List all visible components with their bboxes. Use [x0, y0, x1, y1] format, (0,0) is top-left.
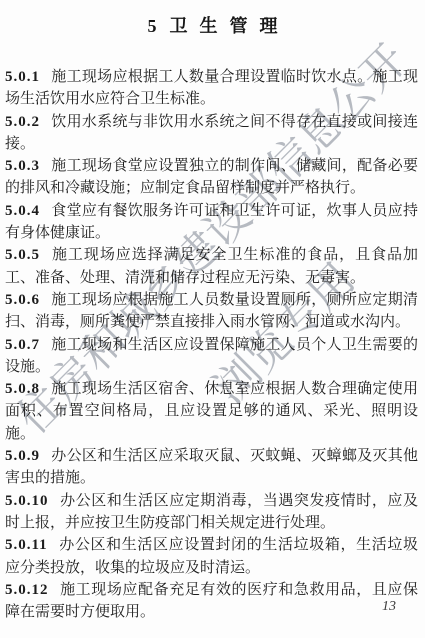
clause-text: 饮用水系统与非饮用水系统之间不得存在直接或间接连接。 [5, 114, 418, 152]
clause-text: 施工现场应配备充足有效的医疗和急救用品，且应保障在需要时方便取用。 [5, 582, 418, 620]
page-number: 13 [382, 599, 396, 615]
clause-text: 施工现场应根据施工人员数量设置厕所，厕所应定期清扫、消毒，厕所粪便严禁直接排入雨… [5, 292, 418, 330]
chapter-title-text: 卫生管理 [170, 16, 290, 36]
clause-paragraph: 5.0.7施工现场和生活区应设置保障施工人员个人卫生需要的设施。 [5, 334, 418, 379]
clause-text: 施工现场生活区宿舍、休息室应根据人数合理确定使用面积、布置空间格局，且应设置足够… [5, 381, 418, 442]
clause-paragraph: 5.0.5施工现场应选择满足安全卫生标准的食品，且食品加工、准备、处理、清洗和储… [5, 244, 418, 289]
clause-text: 施工现场和生活区应设置保障施工人员个人卫生需要的设施。 [5, 337, 418, 375]
clause-number: 5.0.8 [5, 381, 40, 397]
clause-paragraph: 5.0.11办公区和生活区应设置封闭的生活垃圾箱，生活垃圾应分类投放，收集的垃圾… [5, 534, 418, 579]
clause-number: 5.0.5 [5, 247, 40, 263]
clause-number: 5.0.7 [5, 337, 40, 353]
chapter-title: 5卫生管理 [0, 13, 425, 39]
clause-number: 5.0.3 [5, 158, 40, 174]
clause-paragraph: 5.0.12施工现场应配备充足有效的医疗和急救用品，且应保障在需要时方便取用。 [5, 579, 418, 624]
clause-paragraph: 5.0.8施工现场生活区宿舍、休息室应根据人数合理确定使用面积、布置空间格局，且… [5, 378, 418, 445]
clause-paragraph: 5.0.6施工现场应根据施工人员数量设置厕所，厕所应定期清扫、消毒，厕所粪便严禁… [5, 289, 418, 334]
clause-text: 施工现场应选择满足安全卫生标准的食品，且食品加工、准备、处理、清洗和储存过程应无… [5, 247, 418, 285]
clause-text: 办公区和生活区应定期消毒，当遇突发疫情时，应及时上报，并应按卫生防疫部门相关规定… [5, 493, 418, 531]
clause-number: 5.0.10 [5, 493, 49, 509]
clause-number: 5.0.9 [5, 448, 40, 464]
clause-list: 5.0.1施工现场应根据工人数量合理设置临时饮水点。施工现场生活饮用水应符合卫生… [5, 66, 418, 623]
clause-text: 食堂应有餐饮服务许可证和卫生许可证，炊事人员应持有身体健康证。 [5, 203, 418, 241]
clause-number: 5.0.11 [5, 537, 48, 553]
clause-number: 5.0.6 [5, 292, 40, 308]
clause-number: 5.0.1 [5, 69, 40, 85]
clause-paragraph: 5.0.3施工现场食堂应设置独立的制作间、储藏间，配备必要的排风和冷藏设施；应制… [5, 155, 418, 200]
clause-text: 施工现场应根据工人数量合理设置临时饮水点。施工现场生活饮用水应符合卫生标准。 [5, 69, 418, 107]
clause-paragraph: 5.0.4食堂应有餐饮服务许可证和卫生许可证，炊事人员应持有身体健康证。 [5, 200, 418, 245]
clause-text: 办公区和生活区应采取灭鼠、灭蚊蝇、灭蟑螂及灭其他害虫的措施。 [5, 448, 418, 486]
document-page: 住房和城乡建设部信息公开 浏览专用 5卫生管理 5.0.1施工现场应根据工人数量… [0, 0, 425, 638]
clause-paragraph: 5.0.1施工现场应根据工人数量合理设置临时饮水点。施工现场生活饮用水应符合卫生… [5, 66, 418, 111]
clause-number: 5.0.12 [5, 582, 49, 598]
clause-text: 施工现场食堂应设置独立的制作间、储藏间，配备必要的排风和冷藏设施；应制定食品留样… [5, 158, 418, 196]
clause-number: 5.0.2 [5, 114, 40, 130]
clause-text: 办公区和生活区应设置封闭的生活垃圾箱，生活垃圾应分类投放，收集的垃圾应及时清运。 [5, 537, 418, 575]
clause-paragraph: 5.0.2饮用水系统与非饮用水系统之间不得存在直接或间接连接。 [5, 111, 418, 156]
clause-paragraph: 5.0.9办公区和生活区应采取灭鼠、灭蚊蝇、灭蟑螂及灭其他害虫的措施。 [5, 445, 418, 490]
clause-number: 5.0.4 [5, 203, 40, 219]
chapter-number: 5 [148, 16, 157, 36]
clause-paragraph: 5.0.10办公区和生活区应定期消毒，当遇突发疫情时，应及时上报，并应按卫生防疫… [5, 490, 418, 535]
